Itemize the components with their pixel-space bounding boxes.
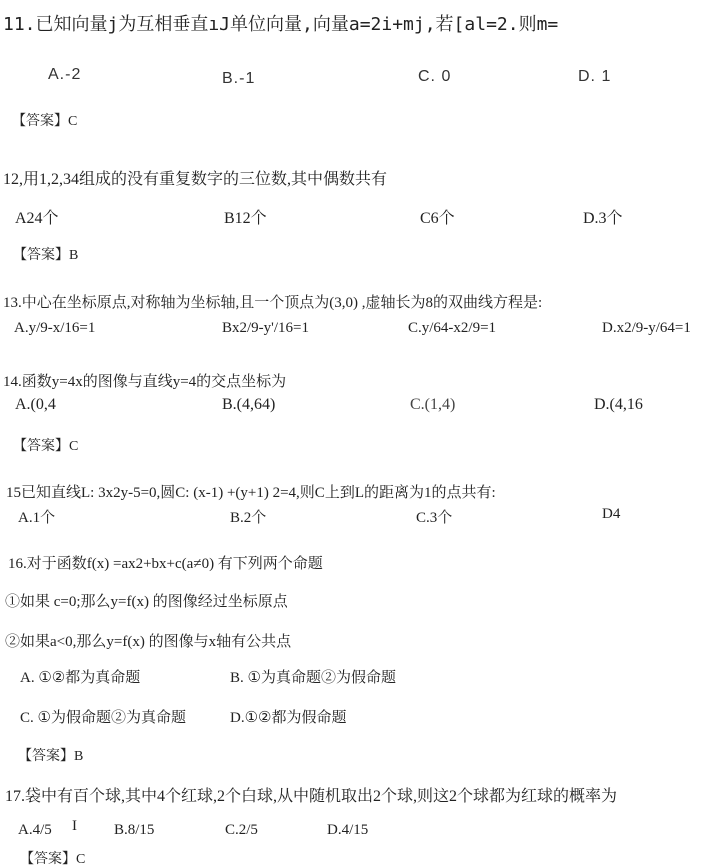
question-13-option-d: D.x2/9-y/64=1 <box>602 320 691 337</box>
question-16-option-a: A. ①②都为真命题 <box>20 666 140 687</box>
question-12-option-c: C6个 <box>420 205 455 228</box>
question-13-option-a: A.y/9-x/16=1 <box>14 320 95 337</box>
stray-mark: I <box>72 818 77 835</box>
question-16-option-d: D.①②都为假命题 <box>230 706 346 727</box>
question-15-option-b: B.2个 <box>230 506 266 527</box>
question-17-option-c: C.2/5 <box>225 822 258 839</box>
question-13-stem: 13.中心在坐标原点,对称轴为坐标轴,且一个顶点为(3,0) ,虚轴长为8的双曲… <box>3 291 542 312</box>
question-16-proposition-2: ②如果a<0,那么y=f(x) 的图像与x轴有公共点 <box>5 630 291 651</box>
question-14-stem: 14.函数y=4x的图像与直线y=4的交点坐标为 <box>3 370 286 391</box>
question-17-option-a: A.4/5 <box>18 822 52 839</box>
question-15-option-a: A.1个 <box>18 506 55 527</box>
question-13-option-c: C.y/64-x2/9=1 <box>408 320 496 337</box>
question-16-proposition-1: ①如果 c=0;那么y=f(x) 的图像经过坐标原点 <box>5 590 288 611</box>
question-15-option-d: D4 <box>602 506 620 523</box>
question-14-option-d: D.(4,16 <box>594 396 643 414</box>
question-12-option-a: A24个 <box>15 205 59 228</box>
question-14-option-b: B.(4,64) <box>222 396 275 414</box>
question-11-option-d: D. 1 <box>578 68 611 86</box>
question-14-option-a: A.(0,4 <box>15 396 56 414</box>
question-11-stem: 11.已知向量j为互相垂直ıJ单位向量,向量a=2i+mj,若[al=2.则m= <box>3 10 558 36</box>
question-14-answer: 【答案】C <box>13 435 78 455</box>
question-14-option-c: C.(1,4) <box>410 396 455 414</box>
question-12-option-b: B12个 <box>224 205 267 228</box>
question-17-option-b: B.8/15 <box>114 822 154 839</box>
question-15-option-c: C.3个 <box>416 506 452 527</box>
question-17-option-d: D.4/15 <box>327 822 368 839</box>
question-16-stem: 16.对于函数f(x) =ax2+bx+c(a≠0) 有下列两个命题 <box>8 552 323 573</box>
question-12-option-d: D.3个 <box>583 205 623 228</box>
question-11-answer: 【答案】C <box>12 110 77 130</box>
question-11-option-a: A.-2 <box>48 66 81 84</box>
question-11-option-b: B.-1 <box>222 70 255 88</box>
question-16-answer: 【答案】B <box>18 745 83 765</box>
question-12-stem: 12,用1,2,34组成的没有重复数字的三位数,其中偶数共有 <box>3 166 387 189</box>
question-17-stem: 17.袋中有百个球,其中4个红球,2个白球,从中随机取出2个球,则这2个球都为红… <box>5 783 617 806</box>
question-16-option-c: C. ①为假命题②为真命题 <box>20 706 186 727</box>
question-11-option-c: C. 0 <box>418 68 451 86</box>
question-13-option-b: Bx2/9-y'/16=1 <box>222 320 309 337</box>
question-17-answer: 【答案】C <box>20 848 85 868</box>
question-16-option-b: B. ①为真命题②为假命题 <box>230 666 396 687</box>
question-15-stem: 15已知直线L: 3x2y-5=0,圆C: (x-1) +(y+1) 2=4,则… <box>6 481 496 502</box>
question-12-answer: 【答案】B <box>13 244 78 264</box>
